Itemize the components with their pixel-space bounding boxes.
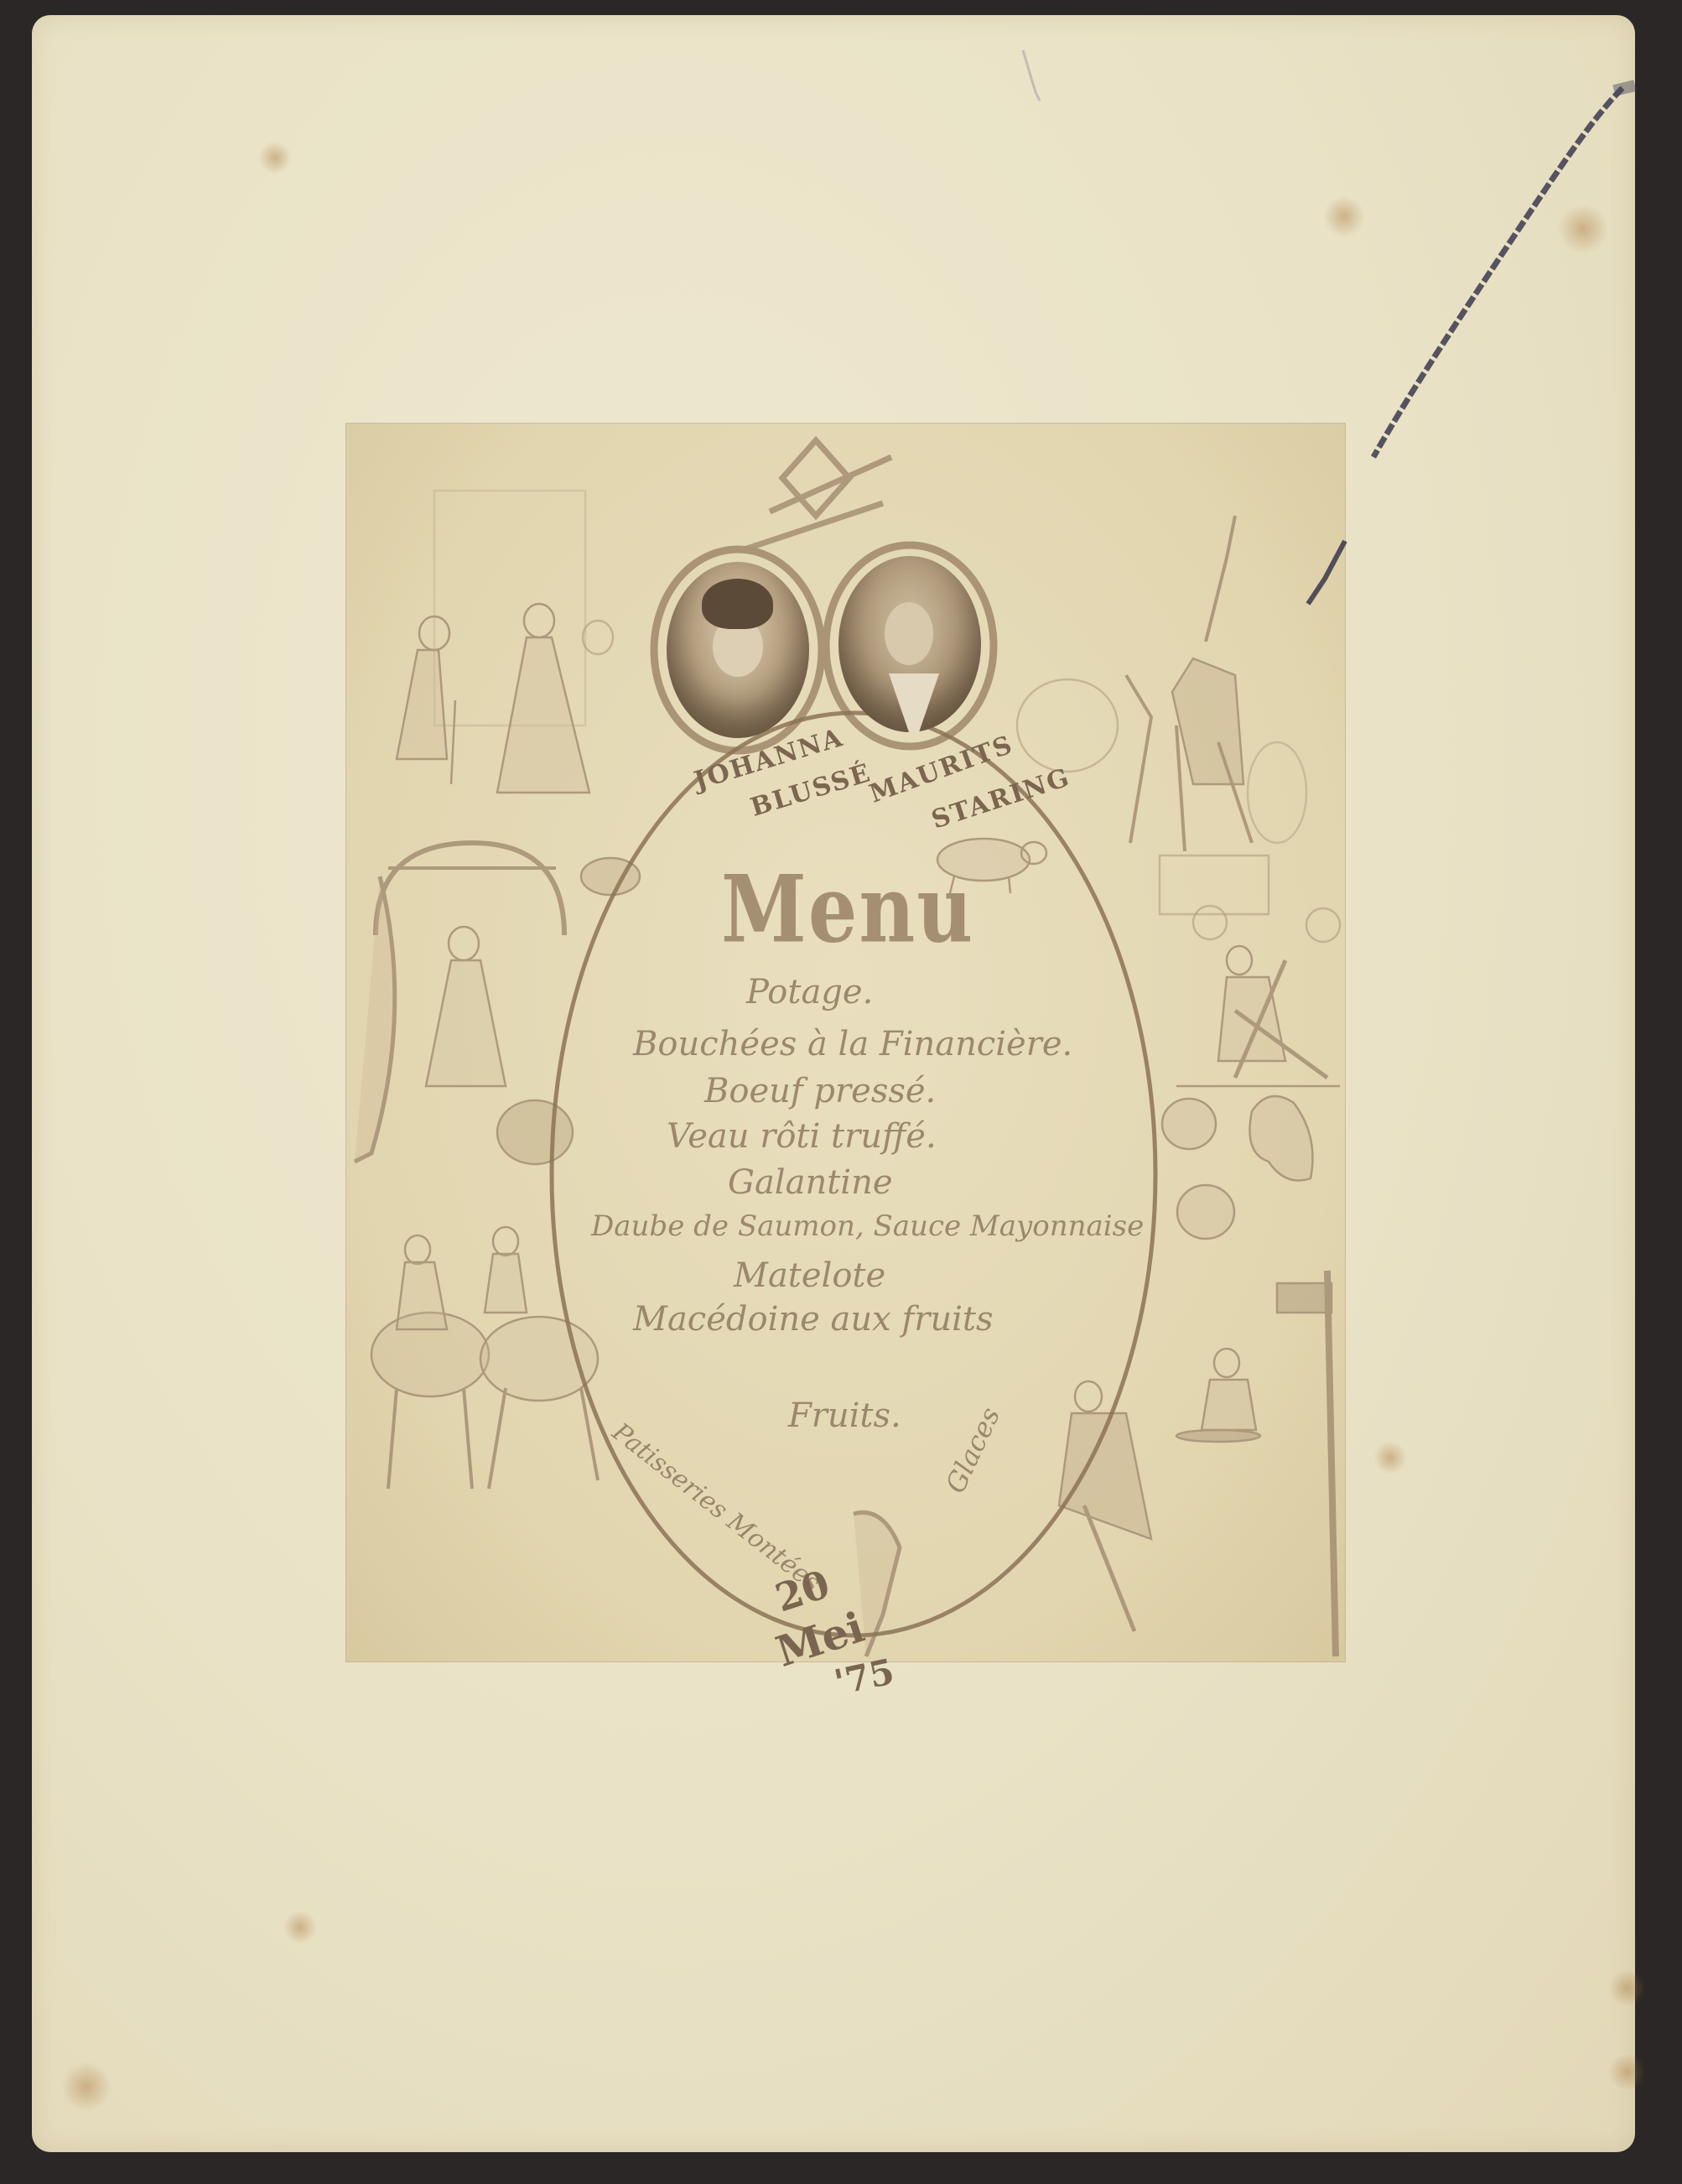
course-item: Macédoine aux fruits	[633, 1300, 993, 1339]
couple-on-horseback	[371, 1227, 598, 1489]
course-item: Veau rôti truffé.	[667, 1117, 937, 1156]
young-woman-figure	[497, 604, 589, 793]
course-item: Matelote	[734, 1256, 885, 1295]
course-item: Potage.	[746, 973, 873, 1011]
course-item: Boeuf pressé.	[704, 1072, 936, 1110]
course-item: Daube de Saumon, Sauce Mayonnaise	[591, 1209, 1144, 1243]
foxing-stain	[258, 141, 292, 174]
foxing-stain	[1608, 2053, 1646, 2091]
foxing-stain	[1373, 1441, 1407, 1474]
cavalry-officer	[1017, 516, 1306, 851]
course-item: Fruits.	[788, 1396, 901, 1435]
course-item: Galantine	[728, 1163, 893, 1202]
bulldog-head	[1162, 1099, 1216, 1149]
deck-chair-scene	[1160, 855, 1340, 1086]
portrait-collar	[889, 673, 939, 732]
foxing-stain	[1608, 1969, 1646, 2007]
elderly-woman-figure	[397, 616, 455, 784]
foxing-stain	[1558, 204, 1608, 254]
portrait-maurits	[838, 556, 981, 732]
foxing-stain	[61, 2062, 112, 2112]
foxing-stain	[1323, 195, 1365, 237]
reading-scene	[1059, 1271, 1336, 1656]
course-item: Bouchées à la Financière.	[633, 1025, 1072, 1063]
menu-title: Menu	[721, 855, 974, 964]
foxing-stain	[283, 1911, 317, 1944]
portrait-face	[885, 602, 933, 665]
portrait-hair	[702, 579, 773, 629]
portrait-johanna	[667, 562, 809, 738]
